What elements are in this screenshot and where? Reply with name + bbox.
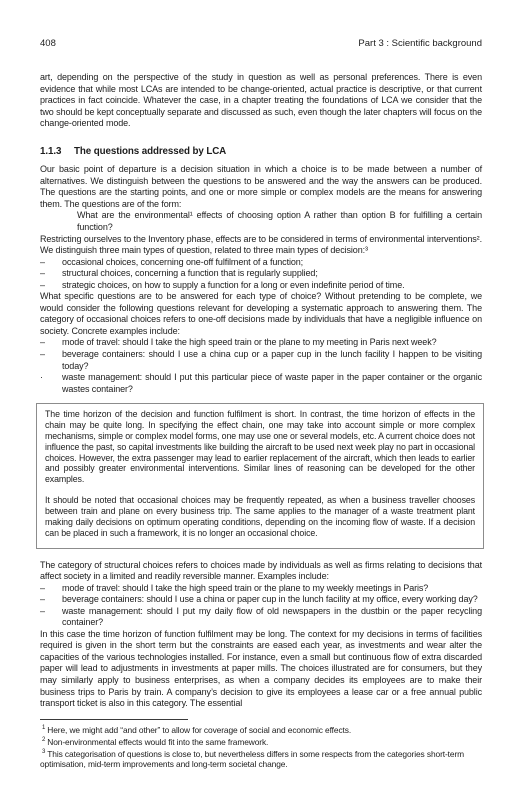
indented-question: What are the environmental¹ effects of c… [77,210,482,233]
footnote-marker: 1 [42,725,45,731]
footnote-text: Here, we might add “and other” to allow … [47,724,351,734]
dash-bullet: – [40,257,62,269]
dash-bullet: – [40,337,62,349]
dash-bullet: – [40,349,62,372]
book-page: 408 Part 3 : Scientific background art, … [0,0,522,800]
list-item-text: occasional choices, concerning one-off f… [62,257,482,269]
list-item: – beverage containers: should I use a ch… [40,349,482,372]
note-box-paragraph-2: It should be noted that occasional choic… [45,495,475,538]
paragraph-restricting: Restricting ourselves to the Inventory p… [40,234,482,257]
footnote-marker: 2 [42,737,45,743]
paragraph-structural: The category of structural choices refer… [40,560,482,583]
running-title: Part 3 : Scientific background [358,38,482,49]
footnote-2: 2Non-environmental effects would fit int… [40,735,482,747]
list-item: · waste management: should I put this pa… [40,372,482,395]
paragraph-departure: Our basic point of departure is a decisi… [40,164,482,210]
page-number: 408 [40,38,56,49]
list-item-text: mode of travel: should I take the high s… [62,337,482,349]
footnote-separator-rule [40,719,188,720]
paragraph-time-horizon: In this case the time horizon of functio… [40,629,482,710]
footnote-3: 3This categorisation of questions is clo… [40,747,482,770]
list-item: – mode of travel: should I take the high… [40,583,482,595]
dash-bullet: – [40,268,62,280]
footnote-text: Non-environmental effects would fit into… [47,737,268,747]
list-occasional-examples: – mode of travel: should I take the high… [40,337,482,395]
section-heading: 1.1.3 The questions addressed by LCA [40,146,482,158]
list-item-text: structural choices, concerning a functio… [62,268,482,280]
paragraph-intro: art, depending on the perspective of the… [40,72,482,130]
list-item-text: beverage containers: should I use a chin… [62,594,482,606]
note-box-paragraph-1: The time horizon of the decision and fun… [45,409,475,485]
running-header: 408 Part 3 : Scientific background [40,38,482,49]
page-body: art, depending on the perspective of the… [40,72,482,770]
list-item: – structural choices, concerning a funct… [40,268,482,280]
paragraph-specific-questions: What specific questions are to be answer… [40,291,482,337]
list-item-text: waste management: should I put my daily … [62,606,482,629]
footnote-1: 1Here, we might add “and other” to allow… [40,723,482,735]
list-item: – strategic choices, on how to supply a … [40,280,482,292]
list-item-text: waste management: should I put this part… [62,372,482,395]
list-item-text: beverage containers: should I use a chin… [62,349,482,372]
dash-bullet: – [40,583,62,595]
list-item: – waste management: should I put my dail… [40,606,482,629]
footnote-text: This categorisation of questions is clos… [40,749,464,769]
section-number: 1.1.3 [40,146,74,158]
list-structural-examples: – mode of travel: should I take the high… [40,583,482,629]
list-item-text: mode of travel: should I take the high s… [62,583,482,595]
footnote-marker: 3 [42,749,45,755]
list-item: – beverage containers: should I use a ch… [40,594,482,606]
framed-note-box: The time horizon of the decision and fun… [36,403,484,548]
dash-bullet: – [40,280,62,292]
dash-bullet: – [40,594,62,606]
list-decision-types: – occasional choices, concerning one-off… [40,257,482,292]
dot-bullet: · [40,372,62,395]
list-item: – occasional choices, concerning one-off… [40,257,482,269]
list-item: – mode of travel: should I take the high… [40,337,482,349]
footnotes-section: 1Here, we might add “and other” to allow… [40,719,482,770]
section-title: The questions addressed by LCA [74,146,226,158]
dash-bullet: – [40,606,62,629]
list-item-text: strategic choices, on how to supply a fu… [62,280,482,292]
